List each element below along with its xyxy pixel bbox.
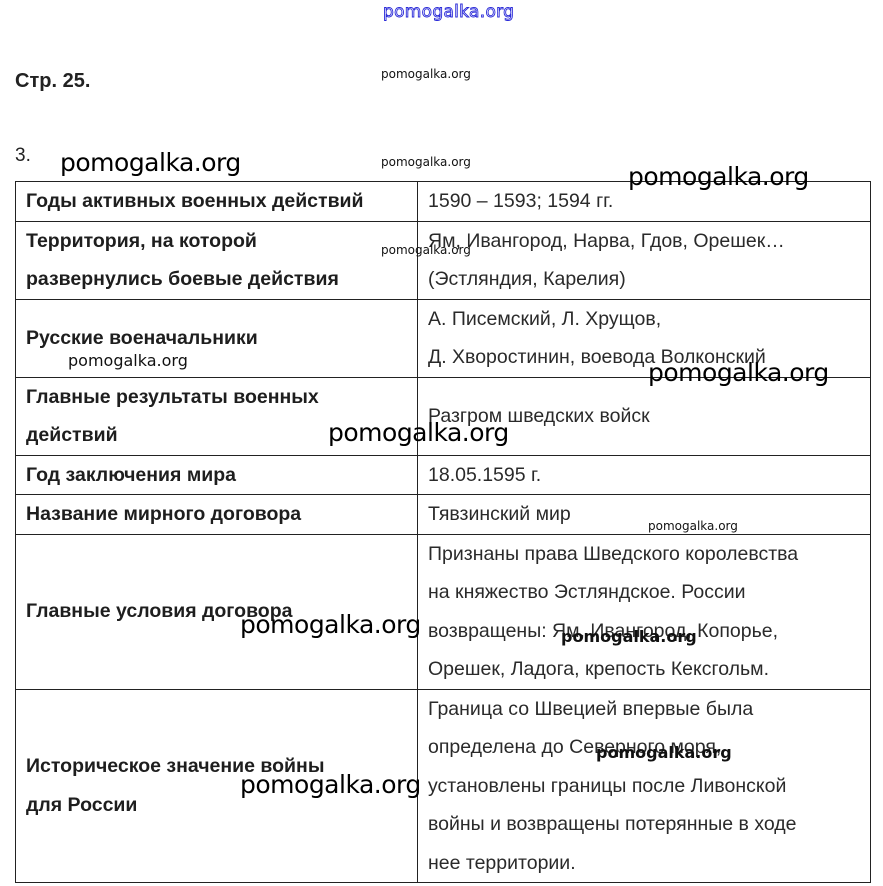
row-label-line: действий (26, 416, 407, 455)
row-label: Название мирного договора (16, 495, 418, 535)
table-row: Название мирного договораТявзинский мир (16, 495, 871, 535)
row-label-line: Историческое значение войны (26, 747, 407, 786)
row-label: Годы активных военных действий (16, 182, 418, 222)
row-value-line: Тявзинский мир (428, 495, 860, 534)
row-value-line: нее территории. (428, 844, 860, 883)
row-label: Территория, на которойразвернулись боевы… (16, 221, 418, 299)
row-value: Ям, Ивангород, Нарва, Гдов, Орешек…(Эстл… (418, 221, 871, 299)
row-value-line: (Эстляндия, Карелия) (428, 260, 860, 299)
row-value-line: определена до Северного моря, (428, 728, 860, 767)
watermark: pomogalka.org (381, 155, 471, 169)
row-value: 1590 – 1593; 1594 гг. (418, 182, 871, 222)
row-value: Граница со Швецией впервые былаопределен… (418, 689, 871, 883)
row-label-line: для России (26, 786, 407, 825)
table-row: Историческое значение войныдля РоссииГра… (16, 689, 871, 883)
site-watermark-top: pomogalka.org (383, 2, 514, 22)
row-label-line: Главные результаты военных (26, 378, 407, 417)
row-value-line: 1590 – 1593; 1594 гг. (428, 182, 860, 221)
row-label-line: Год заключения мира (26, 456, 407, 495)
row-value-line: войны и возвращены потерянные в ходе (428, 805, 860, 844)
table-row: Территория, на которойразвернулись боевы… (16, 221, 871, 299)
row-label: Главные условия договора (16, 534, 418, 689)
row-value-line: Признаны права Шведского королевства (428, 535, 860, 574)
row-value-line: Д. Хворостинин, воевода Волконский (428, 338, 860, 377)
row-value-line: А. Писемский, Л. Хрущов, (428, 300, 860, 339)
row-value-line: установлены границы после Ливонской (428, 767, 860, 806)
row-value-line: Ям, Ивангород, Нарва, Гдов, Орешек… (428, 222, 860, 261)
row-label: Русские военачальники (16, 299, 418, 377)
page-title: Стр. 25. (15, 70, 90, 93)
row-label-line: Главные условия договора (26, 592, 407, 631)
table-row: Главные условия договораПризнаны права Ш… (16, 534, 871, 689)
row-label-line: Территория, на которой (26, 222, 407, 261)
row-value: 18.05.1595 г. (418, 455, 871, 495)
row-value-line: на княжество Эстляндское. России (428, 573, 860, 612)
row-value-line: Орешек, Ладога, крепость Кексгольм. (428, 650, 860, 689)
row-label: Историческое значение войныдля России (16, 689, 418, 883)
table-row: Год заключения мира18.05.1595 г. (16, 455, 871, 495)
watermark: pomogalka.org (381, 67, 471, 81)
row-value: Признаны права Шведского королевствана к… (418, 534, 871, 689)
row-value-line: Разгром шведских войск (428, 397, 860, 436)
row-label-line: Русские военачальники (26, 319, 407, 358)
task-number: 3. (15, 145, 31, 167)
row-value: Разгром шведских войск (418, 377, 871, 455)
table-row: Годы активных военных действий1590 – 159… (16, 182, 871, 222)
watermark: pomogalka.org (60, 148, 241, 177)
row-label: Главные результаты военныхдействий (16, 377, 418, 455)
row-label-line: Годы активных военных действий (26, 182, 407, 221)
row-value-line: Граница со Швецией впервые была (428, 690, 860, 729)
row-value: Тявзинский мир (418, 495, 871, 535)
row-value-line: 18.05.1595 г. (428, 456, 860, 495)
table-row: Главные результаты военныхдействийРазгро… (16, 377, 871, 455)
war-info-table: Годы активных военных действий1590 – 159… (15, 181, 871, 883)
row-label-line: Название мирного договора (26, 495, 407, 534)
row-value-line: возвращены: Ям, Ивангород, Копорье, (428, 612, 860, 651)
table-row: Русские военачальникиА. Писемский, Л. Хр… (16, 299, 871, 377)
row-label: Год заключения мира (16, 455, 418, 495)
row-label-line: развернулись боевые действия (26, 260, 407, 299)
row-value: А. Писемский, Л. Хрущов,Д. Хворостинин, … (418, 299, 871, 377)
